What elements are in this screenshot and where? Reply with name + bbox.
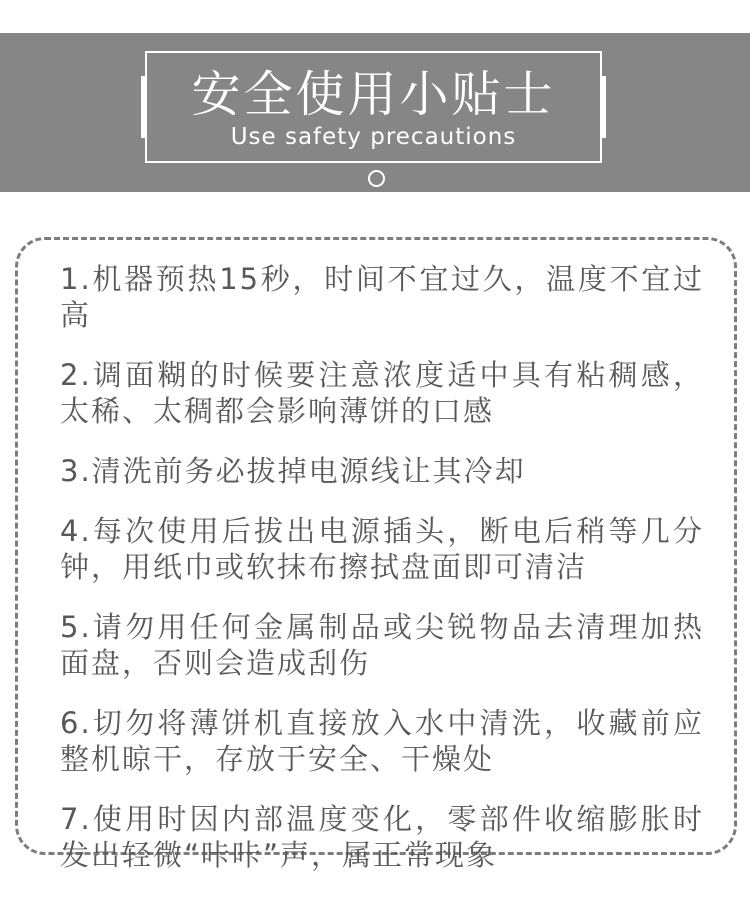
tip-item-2: 2.调面糊的时候要注意浓度适中具有粘稠感，太稀、太稠都会影响薄饼的口感 bbox=[60, 357, 704, 429]
tip-item-3: 3.清洗前务必拔掉电源线让其冷却 bbox=[60, 453, 704, 489]
tip-item-4: 4.每次使用后拔出电源插头，断电后稍等几分钟，用纸巾或软抹布擦拭盘面即可清洁 bbox=[60, 513, 704, 585]
safety-tips-banner: 安全使用小贴士 Use safety precautions bbox=[0, 33, 750, 192]
tip-item-7: 7.使用时因内部温度变化，零部件收缩膨胀时发出轻微“咔咔”声，属正常现象 bbox=[60, 801, 704, 873]
title-box: 安全使用小贴士 Use safety precautions bbox=[145, 51, 602, 163]
tip-item-5: 5.请勿用任何金属制品或尖锐物品去清理加热面盘，否则会造成刮伤 bbox=[60, 609, 704, 681]
tip-item-1: 1.机器预热15秒，时间不宜过久，温度不宜过高 bbox=[60, 261, 704, 333]
safety-tips-panel: 1.机器预热15秒，时间不宜过久，温度不宜过高 2.调面糊的时候要注意浓度适中具… bbox=[15, 237, 737, 855]
circle-ornament-icon bbox=[368, 170, 385, 187]
page-title: 安全使用小贴士 bbox=[147, 53, 600, 121]
tip-item-6: 6.切勿将薄饼机直接放入水中清洗，收藏前应整机晾干，存放于安全、干燥处 bbox=[60, 705, 704, 777]
page-subtitle: Use safety precautions bbox=[147, 121, 600, 150]
product-detail-page: 安全使用小贴士 Use safety precautions 1.机器预热15秒… bbox=[0, 0, 750, 913]
